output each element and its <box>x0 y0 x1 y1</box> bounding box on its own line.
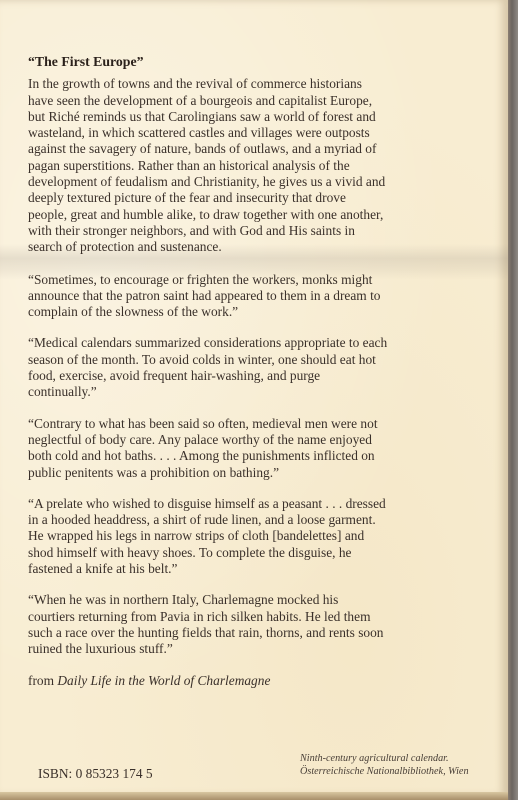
quote-1: “Sometimes, to encourage or frighten the… <box>28 272 388 321</box>
quote-2: “Medical calendars summarized considerat… <box>28 335 388 400</box>
quote-3: “Contrary to what has been said so often… <box>28 416 388 481</box>
isbn: ISBN: 0 85323 174 5 <box>38 766 153 782</box>
quote-5: “When he was in northern Italy, Charlema… <box>28 592 388 657</box>
source-title: Daily Life in the World of Charlemagne <box>57 673 270 688</box>
intro-paragraph: In the growth of towns and the revival o… <box>28 76 388 255</box>
source-prefix: from <box>28 673 57 688</box>
cover-edge <box>508 0 518 800</box>
caption-line-2: Österreichische Nationalbibliothek, Wien <box>300 765 505 778</box>
blurb-heading: “The First Europe” <box>28 54 388 70</box>
quote-4: “A prelate who wished to disguise himsel… <box>28 496 388 577</box>
caption-line-1: Ninth-century agricultural calendar. <box>300 752 505 765</box>
blurb: “The First Europe” In the growth of town… <box>28 54 388 704</box>
book-back-cover: “The First Europe” In the growth of town… <box>0 0 508 796</box>
source-attribution: from Daily Life in the World of Charlema… <box>28 673 388 689</box>
image-caption: Ninth-century agricultural calendar. Öst… <box>300 752 505 778</box>
bottom-edge <box>0 792 508 800</box>
